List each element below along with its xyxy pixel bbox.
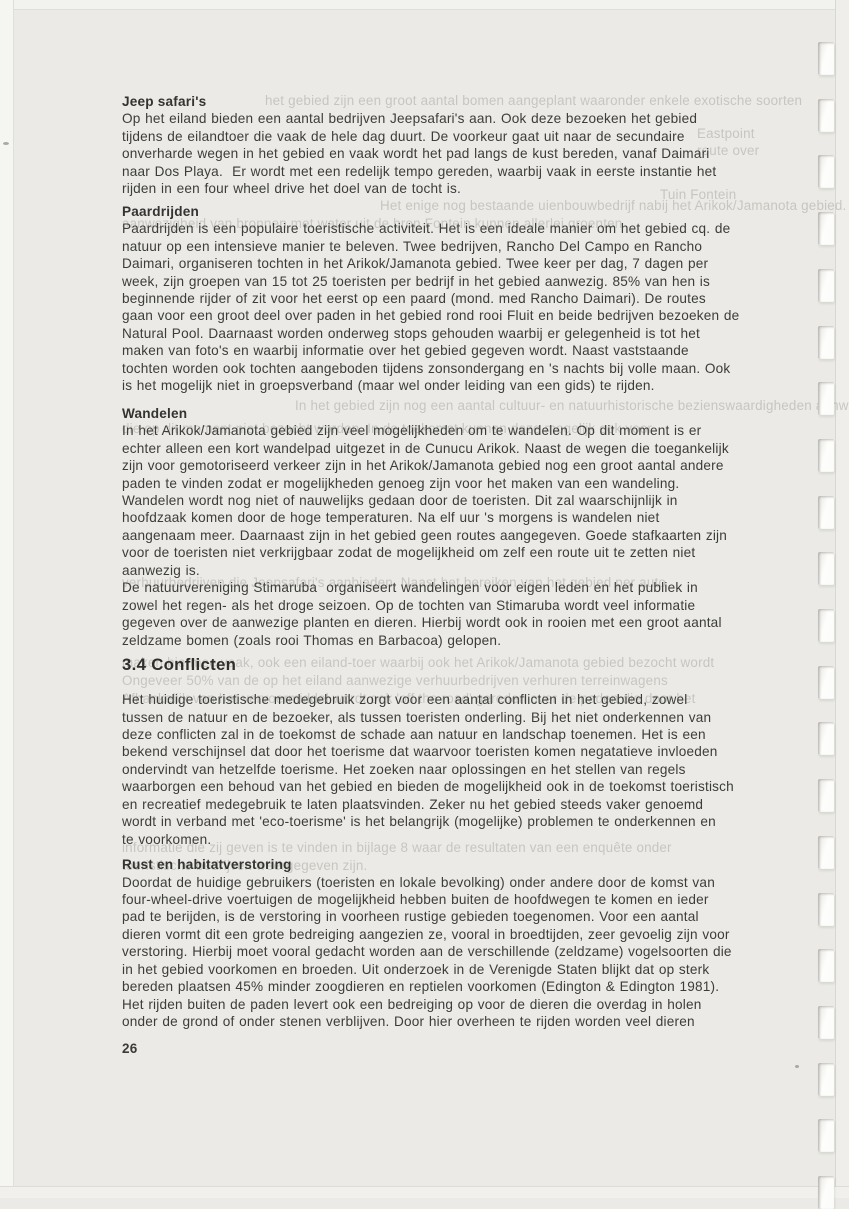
section-body: Paardrijden is een populaire toeristisch… [122,220,782,395]
binding-hole [818,1119,834,1152]
scan-speck [795,1065,799,1068]
binding-hole [818,269,834,302]
section-heading: Paardrijden [122,203,782,220]
section-heading: Rust en habitatverstoring [122,856,782,873]
section-conflicten: 3.4 Conflicten Het huidige toeristische … [122,654,782,848]
binding-hole [818,1006,834,1039]
section-wandelen: Wandelen In het Arikok/Jamanota gebied z… [122,405,782,649]
binding-hole [818,666,834,699]
page-number: 26 [122,1041,782,1056]
page-bottom-edge [0,1186,849,1198]
section-paardrijden: Paardrijden Paardrijden is een populaire… [122,203,782,395]
section-body: Het huidige toeristische medegebruik zor… [122,691,782,848]
page-right-edge [835,0,849,1198]
text-column: Jeep safari's Op het eiland bieden een a… [122,93,782,1056]
binding-hole [818,1176,834,1198]
binding-hole [818,893,834,926]
binding-hole [818,326,834,359]
scan-speck [3,142,9,145]
binding-hole [818,609,834,642]
section-heading: Wandelen [122,405,782,422]
binding-hole [818,99,834,132]
chapter-heading: 3.4 Conflicten [122,654,782,675]
scanned-document-page: het gebied zijn een groot aantal bomen a… [0,0,849,1198]
binding-hole [818,382,834,415]
section-body: In het Arikok/Jamanota gebied zijn veel … [122,422,782,649]
binding-hole [818,722,834,755]
section-heading: Jeep safari's [122,93,782,110]
binding-hole [818,42,834,75]
section-jeep-safaris: Jeep safari's Op het eiland bieden een a… [122,93,782,198]
binding-hole [818,496,834,529]
binding-hole [818,212,834,245]
page-top-edge [0,0,849,10]
page-left-edge [0,0,14,1198]
binding-hole [818,155,834,188]
binding-hole [818,439,834,472]
binding-hole [818,552,834,585]
binding-hole [818,1063,834,1096]
binding-hole [818,779,834,812]
binding-hole [818,949,834,982]
binding-hole [818,836,834,869]
section-rust-en-habitatverstoring: Rust en habitatverstoring Doordat de hui… [122,856,782,1031]
section-body: Op het eiland bieden een aantal bedrijve… [122,110,782,197]
section-body: Doordat de huidige gebruikers (toeristen… [122,874,782,1031]
